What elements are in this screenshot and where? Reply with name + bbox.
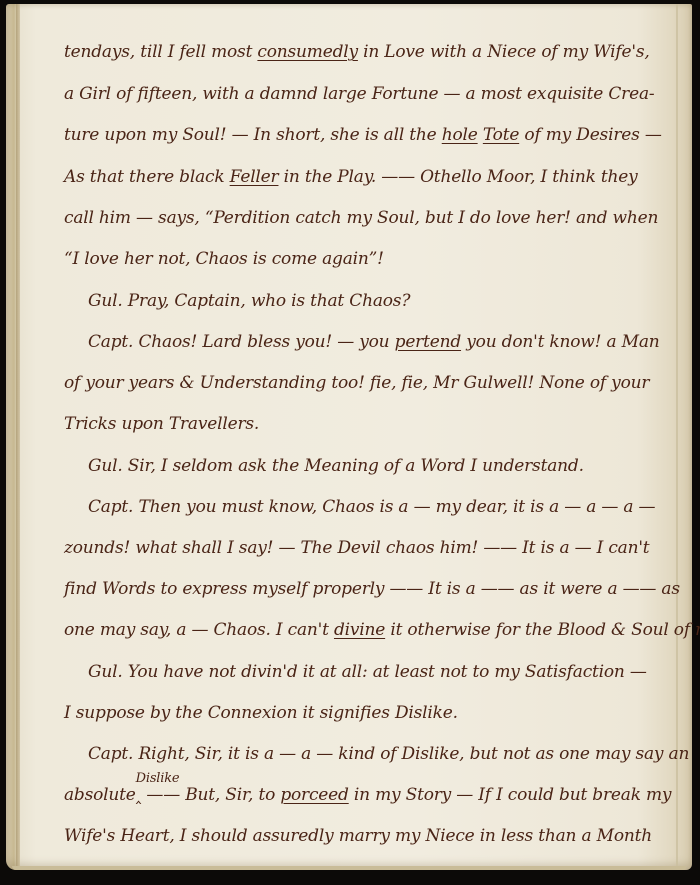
- text-segment: you don't know! a Man: [461, 332, 659, 352]
- manuscript-line: Gul. Sir, I seldom ask the Meaning of a …: [88, 456, 584, 476]
- text-segment: I suppose by the Connexion it signifies …: [64, 703, 458, 723]
- manuscript-line: zounds! what shall I say! — The Devil ch…: [64, 538, 649, 558]
- manuscript-line: Gul. Pray, Captain, who is that Chaos?: [88, 291, 410, 311]
- text-segment: Gul. You have not divin'd it at all: at …: [88, 662, 647, 682]
- manuscript-line: I suppose by the Connexion it signifies …: [64, 703, 458, 723]
- text-segment: absolute: [64, 785, 136, 805]
- text-segment: tendays, till I fell most: [64, 42, 257, 62]
- text-segment: —— But, Sir, to: [141, 785, 280, 805]
- manuscript-line: “I love her not, Chaos is come again”!: [64, 249, 384, 269]
- text-segment: zounds! what shall I say! — The Devil ch…: [64, 538, 649, 558]
- manuscript-line: As that there black Feller in the Play. …: [64, 167, 638, 187]
- text-segment: Gul. Sir, I seldom ask the Meaning of a …: [88, 456, 584, 476]
- manuscript-line: Capt. Chaos! Lard bless you! — you perte…: [88, 332, 660, 352]
- underlined-word: porceed: [280, 785, 348, 805]
- manuscript-page: tendays, till I fell most consumedly in …: [6, 4, 692, 870]
- text-segment: call him — says, “Perdition catch my Sou…: [64, 208, 658, 228]
- text-segment: “I love her not, Chaos is come again”!: [64, 249, 384, 269]
- text-segment: Tricks upon Travellers.: [64, 414, 259, 434]
- text-segment: Capt. Chaos! Lard bless you! — you: [88, 332, 395, 352]
- manuscript-line: Tricks upon Travellers.: [64, 414, 259, 434]
- text-segment: Gul. Pray, Captain, who is that Chaos?: [88, 291, 410, 311]
- manuscript-line: of your years & Understanding too! fie, …: [64, 373, 649, 393]
- text-segment: As that there black: [64, 167, 230, 187]
- interlinear-insertion: Dislike: [136, 771, 180, 786]
- manuscript-line: Gul. You have not divin'd it at all: at …: [88, 662, 647, 682]
- manuscript-line: absolute‸Dislike —— But, Sir, to porceed…: [64, 785, 671, 805]
- manuscript-line: Capt. Right, Sir, it is a — a — kind of …: [88, 744, 689, 764]
- text-segment: in my Story — If I could but break my: [349, 785, 672, 805]
- underlined-word: pertend: [395, 332, 461, 352]
- manuscript-line: Capt. Then you must know, Chaos is a — m…: [88, 497, 655, 517]
- text-segment: it otherwise for the Blood & Soul of me.: [385, 620, 700, 640]
- text-segment: ture upon my Soul! — In short, she is al…: [64, 125, 442, 145]
- text-segment: in Love with a Niece of my Wife's,: [358, 42, 650, 62]
- underlined-word: Feller: [230, 167, 279, 187]
- manuscript-line: call him — says, “Perdition catch my Sou…: [64, 208, 658, 228]
- underlined-word: Tote: [483, 125, 519, 145]
- manuscript-line: ture upon my Soul! — In short, she is al…: [64, 125, 662, 145]
- manuscript-line: one may say, a — Chaos. I can't divine i…: [64, 620, 700, 640]
- text-segment: Capt. Right, Sir, it is a — a — kind of …: [88, 744, 689, 764]
- manuscript-line: find Words to express myself properly ——…: [64, 579, 680, 599]
- text-segment: in the Play. —— Othello Moor, I think th…: [278, 167, 637, 187]
- text-segment: one may say, a — Chaos. I can't: [64, 620, 334, 640]
- manuscript-line: Wife's Heart, I should assuredly marry m…: [64, 826, 652, 846]
- text-segment: of my Desires —: [519, 125, 661, 145]
- underlined-word: divine: [334, 620, 385, 640]
- underlined-word: consumedly: [257, 42, 357, 62]
- manuscript-line: a Girl of fifteen, with a damnd large Fo…: [64, 84, 654, 104]
- caret-insertion: ‸Dislike: [136, 785, 142, 805]
- underlined-word: hole: [442, 125, 478, 145]
- text-segment: Wife's Heart, I should assuredly marry m…: [64, 826, 652, 846]
- text-segment: a Girl of fifteen, with a damnd large Fo…: [64, 84, 654, 104]
- text-segment: Capt. Then you must know, Chaos is a — m…: [88, 497, 655, 517]
- manuscript-line: tendays, till I fell most consumedly in …: [64, 42, 650, 62]
- text-segment: of your years & Understanding too! fie, …: [64, 373, 649, 393]
- manuscript-text: tendays, till I fell most consumedly in …: [6, 4, 692, 870]
- text-segment: find Words to express myself properly ——…: [64, 579, 680, 599]
